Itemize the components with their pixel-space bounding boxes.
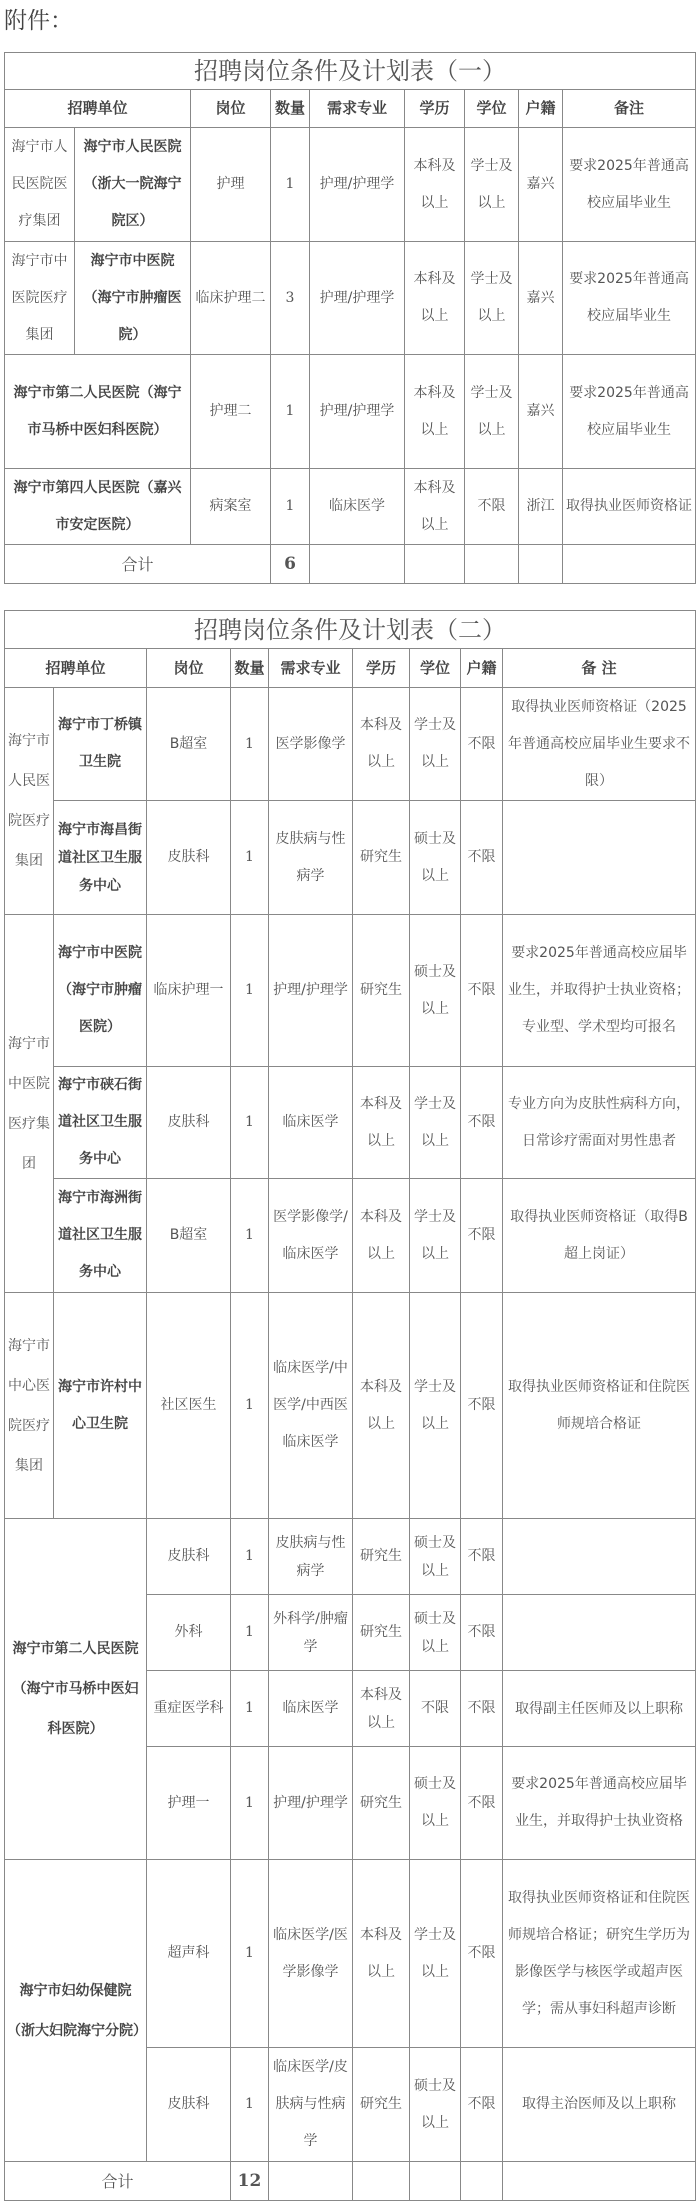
major-cell: 护理/护理学	[310, 128, 405, 242]
total-label: 合计	[5, 2162, 231, 2201]
major-cell: 临床医学/医学影像学	[269, 1860, 353, 2048]
group-cell: 海宁市人民医院医疗集团	[5, 688, 54, 915]
unit-cell: 海宁市海昌街道社区卫生服务中心	[54, 801, 147, 915]
count-cell: 1	[231, 1671, 269, 1747]
hukou-cell: 不限	[461, 688, 503, 801]
count-cell: 1	[231, 801, 269, 915]
table-row: 海宁市第四人民医院（嘉兴市安定医院） 病案室 1 临床医学 本科及以上 不限 浙…	[5, 469, 696, 545]
count-cell: 1	[231, 1747, 269, 1860]
education-cell: 研究生	[353, 801, 410, 915]
post-cell: B超室	[147, 688, 231, 801]
education-cell: 本科及以上	[353, 1860, 410, 2048]
header-major: 需求专业	[269, 649, 353, 688]
education-cell: 研究生	[353, 915, 410, 1067]
notes-cell: 取得执业医师资格证和住院医师规培合格证；研究生学历为影像医学与核医学或超声医学；…	[503, 1860, 696, 2048]
header-hukou: 户籍	[519, 90, 563, 128]
unit-cell: 海宁市硖石街道社区卫生服务中心	[54, 1067, 147, 1179]
unit-cell: 海宁市丁桥镇卫生院	[54, 688, 147, 801]
hukou-cell: 嘉兴	[519, 242, 563, 355]
post-cell: 超声科	[147, 1860, 231, 2048]
hukou-cell: 不限	[461, 2048, 503, 2162]
table-header-row: 招聘单位 岗位 数量 需求专业 学历 学位 户籍 备 注	[5, 649, 696, 688]
major-cell: 医学影像学	[269, 688, 353, 801]
degree-cell: 学士及以上	[410, 688, 461, 801]
post-cell: 外科	[147, 1595, 231, 1671]
unit-cell: 海宁市第二人民医院（海宁市马桥中医妇科医院）	[5, 1519, 147, 1860]
major-cell: 临床医学	[269, 1067, 353, 1179]
table-row: 海宁市人民医院医疗集团 海宁市丁桥镇卫生院 B超室 1 医学影像学 本科及以上 …	[5, 688, 696, 801]
degree-cell: 硕士及以上	[410, 1519, 461, 1595]
hukou-cell: 不限	[461, 1860, 503, 2048]
notes-cell: 要求2025年普通高校应届毕业生	[563, 128, 696, 242]
notes-cell	[503, 801, 696, 915]
degree-cell: 学士及以上	[410, 1293, 461, 1519]
education-cell: 本科及以上	[405, 469, 465, 545]
education-cell: 本科及以上	[353, 1179, 410, 1293]
table-row: 海宁市中医院医疗集团 海宁市中医院（海宁市肿瘤医院） 临床护理二 3 护理/护理…	[5, 242, 696, 355]
unit-cell: 海宁市妇幼保健院（浙大妇院海宁分院）	[5, 1860, 147, 2162]
major-cell: 临床医学/皮肤病与性病学	[269, 2048, 353, 2162]
count-cell: 1	[271, 355, 310, 469]
education-cell: 研究生	[353, 1519, 410, 1595]
unit-cell: 海宁市第四人民医院（嘉兴市安定医院）	[5, 469, 191, 545]
major-cell: 护理/护理学	[269, 1747, 353, 1860]
unit-cell: 海宁市人民医院（浙大一院海宁院区）	[75, 128, 191, 242]
table-row: 海宁市妇幼保健院（浙大妇院海宁分院） 超声科 1 临床医学/医学影像学 本科及以…	[5, 1860, 696, 2048]
education-cell: 研究生	[353, 2048, 410, 2162]
education-cell: 本科及以上	[353, 688, 410, 801]
group-cell: 海宁市中医院医疗集团	[5, 915, 54, 1293]
notes-cell: 要求2025年普通高校应届毕业生，并取得护士执业资格；专业型、学术型均可报名	[503, 915, 696, 1067]
degree-cell: 学士及以上	[410, 1860, 461, 2048]
count-cell: 1	[271, 469, 310, 545]
unit-cell: 海宁市中医院（海宁市肿瘤医院）	[75, 242, 191, 355]
total-value: 6	[271, 545, 310, 584]
major-cell: 皮肤病与性病学	[269, 1519, 353, 1595]
post-cell: 社区医生	[147, 1293, 231, 1519]
total-row: 合计 6	[5, 545, 696, 584]
education-cell: 本科及以上	[405, 355, 465, 469]
education-cell: 研究生	[353, 1747, 410, 1860]
major-cell: 护理/护理学	[310, 242, 405, 355]
notes-cell: 取得执业医师资格证	[563, 469, 696, 545]
header-degree: 学位	[410, 649, 461, 688]
major-cell: 护理/护理学	[310, 355, 405, 469]
count-cell: 1	[231, 1067, 269, 1179]
post-cell: 临床护理二	[191, 242, 271, 355]
count-cell: 1	[231, 1860, 269, 2048]
post-cell: 皮肤科	[147, 1519, 231, 1595]
total-label: 合计	[5, 545, 271, 584]
count-cell: 1	[231, 688, 269, 801]
total-value: 12	[231, 2162, 269, 2201]
header-education: 学历	[405, 90, 465, 128]
total-row: 合计 12	[5, 2162, 696, 2201]
major-cell: 临床医学/中医学/中西医临床医学	[269, 1293, 353, 1519]
notes-cell	[503, 1595, 696, 1671]
table-row: 海宁市人民医院医疗集团 海宁市人民医院（浙大一院海宁院区） 护理 1 护理/护理…	[5, 128, 696, 242]
unit-cell: 海宁市第二人民医院（海宁市马桥中医妇科医院）	[5, 355, 191, 469]
degree-cell: 不限	[410, 1671, 461, 1747]
header-count: 数量	[271, 90, 310, 128]
table-row: 海宁市第二人民医院（海宁市马桥中医妇科医院） 皮肤科 1 皮肤病与性病学 研究生…	[5, 1519, 696, 1595]
hukou-cell: 不限	[461, 1671, 503, 1747]
major-cell: 皮肤病与性病学	[269, 801, 353, 915]
header-post: 岗位	[191, 90, 271, 128]
degree-cell: 不限	[465, 469, 519, 545]
hukou-cell: 不限	[461, 1595, 503, 1671]
degree-cell: 学士及以上	[465, 128, 519, 242]
major-cell: 医学影像学/临床医学	[269, 1179, 353, 1293]
education-cell: 本科及以上	[405, 128, 465, 242]
table-row: 海宁市中心医院医疗集团 海宁市许村中心卫生院 社区医生 1 临床医学/中医学/中…	[5, 1293, 696, 1519]
table-title: 招聘岗位条件及计划表（二）	[5, 611, 696, 649]
count-cell: 1	[271, 128, 310, 242]
notes-cell: 专业方向为皮肤性病科方向，日常诊疗需面对男性患者	[503, 1067, 696, 1179]
group-cell: 海宁市中心医院医疗集团	[5, 1293, 54, 1519]
hukou-cell: 浙江	[519, 469, 563, 545]
group-cell: 海宁市中医院医疗集团	[5, 242, 75, 355]
education-cell: 本科及以上	[353, 1067, 410, 1179]
post-cell: 病案室	[191, 469, 271, 545]
unit-cell: 海宁市海洲街道社区卫生服务中心	[54, 1179, 147, 1293]
hukou-cell: 不限	[461, 1747, 503, 1860]
notes-cell: 取得主治医师及以上职称	[503, 2048, 696, 2162]
header-notes: 备注	[563, 90, 696, 128]
count-cell: 1	[231, 1179, 269, 1293]
education-cell: 本科及以上	[405, 242, 465, 355]
post-cell: 护理	[191, 128, 271, 242]
count-cell: 1	[231, 1519, 269, 1595]
major-cell: 临床医学	[269, 1671, 353, 1747]
hukou-cell: 不限	[461, 915, 503, 1067]
post-cell: 临床护理一	[147, 915, 231, 1067]
recruitment-table-2: 招聘岗位条件及计划表（二） 招聘单位 岗位 数量 需求专业 学历 学位 户籍 备…	[4, 610, 696, 2201]
post-cell: 皮肤科	[147, 801, 231, 915]
post-cell: 护理一	[147, 1747, 231, 1860]
notes-cell: 要求2025年普通高校应届毕业生	[563, 242, 696, 355]
header-education: 学历	[353, 649, 410, 688]
table-header-row: 招聘单位 岗位 数量 需求专业 学历 学位 户籍 备注	[5, 90, 696, 128]
degree-cell: 硕士及以上	[410, 915, 461, 1067]
count-cell: 1	[231, 1595, 269, 1671]
degree-cell: 硕士及以上	[410, 1747, 461, 1860]
post-cell: 皮肤科	[147, 1067, 231, 1179]
notes-cell: 取得执业医师资格证（2025年普通高校应届毕业生要求不限）	[503, 688, 696, 801]
header-unit: 招聘单位	[5, 90, 191, 128]
hukou-cell: 嘉兴	[519, 128, 563, 242]
recruitment-table-1: 招聘岗位条件及计划表（一） 招聘单位 岗位 数量 需求专业 学历 学位 户籍 备…	[4, 52, 696, 584]
degree-cell: 学士及以上	[410, 1179, 461, 1293]
header-hukou: 户籍	[461, 649, 503, 688]
unit-cell: 海宁市许村中心卫生院	[54, 1293, 147, 1519]
post-cell: 护理二	[191, 355, 271, 469]
table-row: 海宁市海昌街道社区卫生服务中心 皮肤科 1 皮肤病与性病学 研究生 硕士及以上 …	[5, 801, 696, 915]
count-cell: 3	[271, 242, 310, 355]
table-row: 海宁市硖石街道社区卫生服务中心 皮肤科 1 临床医学 本科及以上 学士及以上 不…	[5, 1067, 696, 1179]
hukou-cell: 嘉兴	[519, 355, 563, 469]
table-row: 海宁市第二人民医院（海宁市马桥中医妇科医院） 护理二 1 护理/护理学 本科及以…	[5, 355, 696, 469]
post-cell: B超室	[147, 1179, 231, 1293]
header-notes: 备 注	[503, 649, 696, 688]
notes-cell: 取得执业医师资格证和住院医师规培合格证	[503, 1293, 696, 1519]
count-cell: 1	[231, 2048, 269, 2162]
major-cell: 护理/护理学	[269, 915, 353, 1067]
hukou-cell: 不限	[461, 1519, 503, 1595]
header-degree: 学位	[465, 90, 519, 128]
notes-cell	[503, 1519, 696, 1595]
education-cell: 本科及以上	[353, 1671, 410, 1747]
major-cell: 外科学/肿瘤学	[269, 1595, 353, 1671]
post-cell: 皮肤科	[147, 2048, 231, 2162]
table-row: 海宁市中医院医疗集团 海宁市中医院（海宁市肿瘤医院） 临床护理一 1 护理/护理…	[5, 915, 696, 1067]
notes-cell: 要求2025年普通高校应届毕业生，并取得护士执业资格	[503, 1747, 696, 1860]
education-cell: 本科及以上	[353, 1293, 410, 1519]
hukou-cell: 不限	[461, 1179, 503, 1293]
degree-cell: 学士及以上	[465, 355, 519, 469]
major-cell: 临床医学	[310, 469, 405, 545]
table-title: 招聘岗位条件及计划表（一）	[5, 53, 696, 90]
degree-cell: 学士及以上	[410, 1067, 461, 1179]
header-count: 数量	[231, 649, 269, 688]
post-cell: 重症医学科	[147, 1671, 231, 1747]
notes-cell: 要求2025年普通高校应届毕业生	[563, 355, 696, 469]
degree-cell: 硕士及以上	[410, 801, 461, 915]
header-unit: 招聘单位	[5, 649, 147, 688]
degree-cell: 硕士及以上	[410, 2048, 461, 2162]
header-post: 岗位	[147, 649, 231, 688]
degree-cell: 硕士及以上	[410, 1595, 461, 1671]
header-major: 需求专业	[310, 90, 405, 128]
count-cell: 1	[231, 1293, 269, 1519]
hukou-cell: 不限	[461, 801, 503, 915]
count-cell: 1	[231, 915, 269, 1067]
hukou-cell: 不限	[461, 1067, 503, 1179]
notes-cell: 取得副主任医师及以上职称	[503, 1671, 696, 1747]
education-cell: 研究生	[353, 1595, 410, 1671]
unit-cell: 海宁市中医院（海宁市肿瘤医院）	[54, 915, 147, 1067]
degree-cell: 学士及以上	[465, 242, 519, 355]
group-cell: 海宁市人民医院医疗集团	[5, 128, 75, 242]
table-row: 海宁市海洲街道社区卫生服务中心 B超室 1 医学影像学/临床医学 本科及以上 学…	[5, 1179, 696, 1293]
notes-cell: 取得执业医师资格证（取得B超上岗证）	[503, 1179, 696, 1293]
hukou-cell: 不限	[461, 1293, 503, 1519]
attachment-label: 附件：	[4, 2, 73, 35]
